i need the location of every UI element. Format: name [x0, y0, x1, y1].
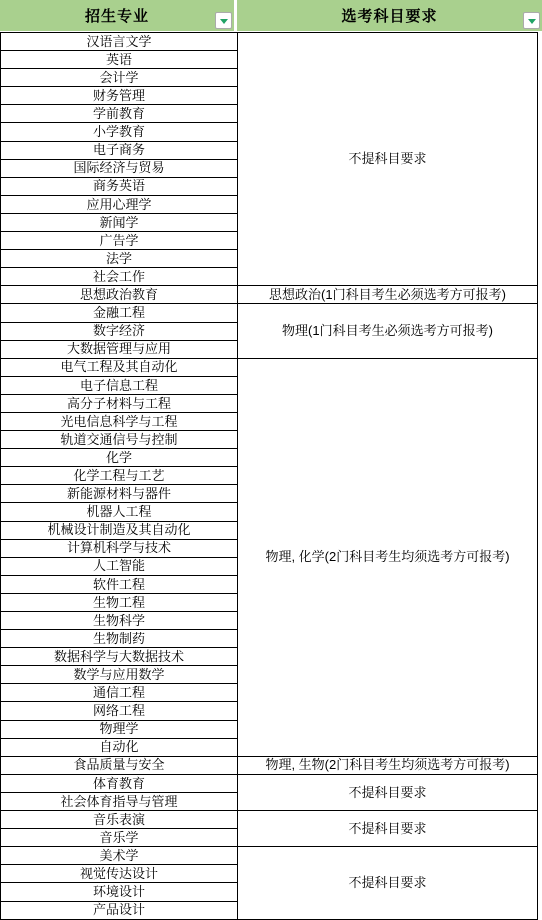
- subject-requirements-sheet: 招生专业 选考科目要求 汉语言文学不提科目要求英语会计学财务管理学前教育小学教育…: [0, 0, 542, 920]
- major-cell[interactable]: 计算机科学与技术: [1, 539, 238, 557]
- major-cell[interactable]: 音乐学: [1, 829, 238, 847]
- major-cell[interactable]: 机器人工程: [1, 503, 238, 521]
- major-cell[interactable]: 数学与应用数学: [1, 666, 238, 684]
- major-cell[interactable]: 英语: [1, 51, 238, 69]
- requirement-cell[interactable]: 不提科目要求: [238, 33, 538, 286]
- major-cell[interactable]: 学前教育: [1, 105, 238, 123]
- header-row: 招生专业 选考科目要求: [0, 0, 542, 31]
- major-cell[interactable]: 新闻学: [1, 213, 238, 231]
- requirement-cell[interactable]: 物理, 生物(2门科目考生均须选考方可报考): [238, 756, 538, 774]
- major-cell[interactable]: 社会工作: [1, 268, 238, 286]
- header-cell-requirements[interactable]: 选考科目要求: [237, 0, 542, 31]
- major-cell[interactable]: 数字经济: [1, 322, 238, 340]
- major-cell[interactable]: 网络工程: [1, 702, 238, 720]
- requirement-cell[interactable]: 物理, 化学(2门科目考生均须选考方可报考): [238, 358, 538, 756]
- major-cell[interactable]: 物理学: [1, 720, 238, 738]
- requirement-cell[interactable]: 不提科目要求: [238, 774, 538, 810]
- filter-dropdown-icon: [528, 19, 536, 24]
- filter-dropdown-icon: [220, 19, 228, 24]
- requirement-cell[interactable]: 物理(1门科目考生必须选考方可报考): [238, 304, 538, 358]
- major-cell[interactable]: 化学工程与工艺: [1, 467, 238, 485]
- table-body: 汉语言文学不提科目要求英语会计学财务管理学前教育小学教育电子商务国际经济与贸易商…: [1, 33, 538, 920]
- header-requirements-label: 选考科目要求: [341, 5, 437, 26]
- major-cell[interactable]: 软件工程: [1, 575, 238, 593]
- major-cell[interactable]: 光电信息科学与工程: [1, 412, 238, 430]
- majors-table: 汉语言文学不提科目要求英语会计学财务管理学前教育小学教育电子商务国际经济与贸易商…: [0, 32, 538, 920]
- major-cell[interactable]: 思想政治教育: [1, 286, 238, 304]
- major-cell[interactable]: 金融工程: [1, 304, 238, 322]
- major-cell[interactable]: 小学教育: [1, 123, 238, 141]
- requirement-cell[interactable]: 思想政治(1门科目考生必须选考方可报考): [238, 286, 538, 304]
- requirement-cell[interactable]: 不提科目要求: [238, 811, 538, 847]
- major-cell[interactable]: 应用心理学: [1, 195, 238, 213]
- major-cell[interactable]: 人工智能: [1, 557, 238, 575]
- header-majors-label: 招生专业: [85, 5, 149, 26]
- major-cell[interactable]: 新能源材料与器件: [1, 485, 238, 503]
- major-cell[interactable]: 电气工程及其自动化: [1, 358, 238, 376]
- major-cell[interactable]: 法学: [1, 250, 238, 268]
- major-cell[interactable]: 化学: [1, 449, 238, 467]
- major-cell[interactable]: 视觉传达设计: [1, 865, 238, 883]
- major-cell[interactable]: 数据科学与大数据技术: [1, 648, 238, 666]
- major-cell[interactable]: 财务管理: [1, 87, 238, 105]
- major-cell[interactable]: 高分子材料与工程: [1, 394, 238, 412]
- major-cell[interactable]: 美术学: [1, 847, 238, 865]
- table-row: 音乐表演不提科目要求: [1, 811, 538, 829]
- major-cell[interactable]: 机械设计制造及其自动化: [1, 521, 238, 539]
- major-cell[interactable]: 电子信息工程: [1, 376, 238, 394]
- major-cell[interactable]: 社会体育指导与管理: [1, 792, 238, 810]
- major-cell[interactable]: 轨道交通信号与控制: [1, 431, 238, 449]
- table-row: 体育教育不提科目要求: [1, 774, 538, 792]
- major-cell[interactable]: 国际经济与贸易: [1, 159, 238, 177]
- major-cell[interactable]: 电子商务: [1, 141, 238, 159]
- major-cell[interactable]: 生物科学: [1, 612, 238, 630]
- major-cell[interactable]: 生物制药: [1, 630, 238, 648]
- major-cell[interactable]: 体育教育: [1, 774, 238, 792]
- major-cell[interactable]: 音乐表演: [1, 811, 238, 829]
- major-cell[interactable]: 大数据管理与应用: [1, 340, 238, 358]
- requirement-cell[interactable]: 不提科目要求: [238, 847, 538, 919]
- table-row: 电气工程及其自动化物理, 化学(2门科目考生均须选考方可报考): [1, 358, 538, 376]
- major-cell[interactable]: 汉语言文学: [1, 33, 238, 51]
- filter-button-majors[interactable]: [215, 12, 232, 29]
- major-cell[interactable]: 会计学: [1, 69, 238, 87]
- table-row: 金融工程物理(1门科目考生必须选考方可报考): [1, 304, 538, 322]
- major-cell[interactable]: 广告学: [1, 232, 238, 250]
- major-cell[interactable]: 产品设计: [1, 901, 238, 919]
- major-cell[interactable]: 生物工程: [1, 593, 238, 611]
- major-cell[interactable]: 通信工程: [1, 684, 238, 702]
- table-row: 思想政治教育思想政治(1门科目考生必须选考方可报考): [1, 286, 538, 304]
- table-row: 汉语言文学不提科目要求: [1, 33, 538, 51]
- major-cell[interactable]: 自动化: [1, 738, 238, 756]
- major-cell[interactable]: 商务英语: [1, 177, 238, 195]
- table-row: 食品质量与安全物理, 生物(2门科目考生均须选考方可报考): [1, 756, 538, 774]
- major-cell[interactable]: 环境设计: [1, 883, 238, 901]
- major-cell[interactable]: 食品质量与安全: [1, 756, 238, 774]
- header-cell-majors[interactable]: 招生专业: [0, 0, 234, 31]
- filter-button-requirements[interactable]: [523, 12, 540, 29]
- table-row: 美术学不提科目要求: [1, 847, 538, 865]
